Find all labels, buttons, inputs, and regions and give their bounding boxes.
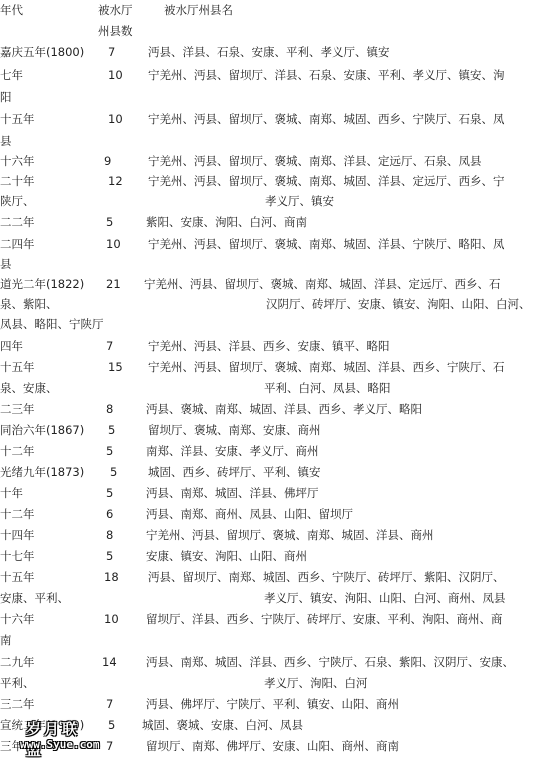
row-era: 二二年 — [0, 212, 35, 232]
document-page: 年代 被水厅 被水厅州县名 州县数 嘉庆五年(1800) 7 沔县、洋县、石泉、… — [0, 0, 560, 758]
row-count: 6 — [106, 504, 113, 524]
row-names: 宁羌州、沔县、洋县、西乡、安康、镇平、略阳 — [148, 336, 390, 356]
row-count: 8 — [106, 399, 113, 419]
header-names: 被水厅州县名 — [164, 0, 233, 20]
header-count: 被水厅 — [98, 0, 133, 20]
row-names: 沔县、南郑、商州、凤县、山阳、留坝厅 — [146, 504, 353, 524]
row-era: 十七年 — [0, 546, 35, 566]
row-count: 5 — [108, 715, 115, 735]
row-names-cont2: 平利、白河、凤县、略阳 — [264, 378, 391, 398]
row-count: 5 — [106, 546, 113, 566]
row-era: 七年 — [0, 65, 23, 85]
row-era: 嘉庆五年(1800) — [0, 42, 84, 62]
row-era: 二三年 — [0, 399, 35, 419]
row-era: 十五年 — [0, 357, 35, 377]
row-count: 10 — [106, 234, 121, 254]
row-names-cont: 泉、紫阳、 — [0, 294, 58, 314]
row-names-cont2: 孝义厅、镇安、洵阳、山阳、白河、商州、凤县 — [264, 588, 506, 608]
row-names: 沔县、南郑、城固、洋县、西乡、宁陕厅、石泉、紫阳、汉阴厅、安康、 — [146, 652, 514, 672]
row-count: 10 — [108, 109, 123, 129]
row-names-cont: 安康、平利、 — [0, 588, 69, 608]
row-era: 十二年 — [0, 504, 35, 524]
row-era: 十五年 — [0, 567, 35, 587]
row-names: 宁羌州、沔县、留坝厅、褒城、南郑、城固、洋县、定远厅、西乡、宁 — [148, 171, 505, 191]
row-names: 城固、褒城、安康、白河、凤县 — [142, 715, 303, 735]
row-names-cont: 泉、安康、 — [0, 378, 58, 398]
row-count: 10 — [104, 609, 119, 629]
row-era: 十六年 — [0, 609, 35, 629]
row-era: 光绪九年(1873) — [0, 462, 84, 482]
row-names-cont3: 凤县、略阳、宁陕厅 — [0, 314, 104, 334]
row-era: 同治六年(1867) — [0, 420, 84, 440]
row-names: 沔县、洋县、石泉、安康、平利、孝义厅、镇安 — [148, 42, 390, 62]
row-era: 道光二年(1822) — [0, 274, 84, 294]
row-names: 沔县、褒城、南郑、城固、洋县、西乡、孝义厅、略阳 — [146, 399, 422, 419]
watermark-url: www.Syue.com — [20, 738, 99, 751]
row-names-cont2: 孝义厅、镇安 — [265, 191, 334, 211]
row-names: 宁羌州、沔县、留坝厅、褒城、南郑、城固、洋县、商州 — [146, 525, 434, 545]
row-names-cont: 南 — [0, 630, 12, 650]
row-names: 紫阳、安康、洵阳、白河、商南 — [146, 212, 307, 232]
row-names-cont: 县 — [0, 254, 12, 274]
row-names: 宁羌州、沔县、留坝厅、褒城、南郑、城固、洋县、西乡、宁陕厅、石 — [148, 357, 505, 377]
row-count: 5 — [106, 483, 113, 503]
row-count: 5 — [106, 212, 113, 232]
row-era: 四年 — [0, 336, 23, 356]
row-names-cont: 阳 — [0, 87, 12, 107]
row-era: 三二年 — [0, 694, 35, 714]
row-names-cont: 陕厅、 — [0, 191, 35, 211]
row-count: 10 — [108, 65, 123, 85]
row-names: 留坝厅、南郑、佛坪厅、安康、山阳、商州、商南 — [146, 736, 399, 756]
header-era: 年代 — [0, 0, 23, 20]
row-era: 十四年 — [0, 525, 35, 545]
row-era: 十年 — [0, 483, 23, 503]
row-names-cont2: 汉阴厅、砖坪厅、安康、镇安、洵阳、山阳、白河、 — [266, 294, 531, 314]
header-count-line2: 州县数 — [98, 21, 133, 41]
row-era: 二九年 — [0, 652, 35, 672]
row-names: 留坝厅、洋县、西乡、宁陕厅、砖坪厅、安康、平利、洵阳、商州、商 — [146, 609, 503, 629]
row-count: 5 — [106, 441, 113, 461]
row-names: 沔县、佛坪厅、宁陕厅、平利、镇安、山阳、商州 — [146, 694, 399, 714]
row-era: 三年 — [0, 736, 23, 756]
row-names: 沔县、留坝厅、南郑、城固、西乡、宁陕厅、砖坪厅、紫阳、汉阴厅、 — [148, 567, 505, 587]
row-count: 12 — [108, 171, 123, 191]
row-count: 7 — [106, 694, 113, 714]
row-count: 7 — [106, 336, 113, 356]
row-era: 十六年 — [0, 151, 35, 171]
row-names: 宁羌州、沔县、留坝厅、褒城、南郑、城固、西乡、宁陕厅、石泉、凤 — [148, 109, 505, 129]
row-names: 安康、镇安、洵阳、山阳、商州 — [146, 546, 307, 566]
row-names: 宁羌州、沔县、留坝厅、褒城、南郑、城固、洋县、定远厅、西乡、石 — [144, 274, 501, 294]
row-count: 15 — [108, 357, 123, 377]
row-names: 留坝厅、褒城、南郑、安康、商州 — [148, 420, 321, 440]
row-count: 7 — [108, 42, 115, 62]
row-names-cont: 县 — [0, 131, 12, 151]
row-names: 宁羌州、沔县、留坝厅、褒城、南郑、城固、洋县、宁陕厅、略阳、凤 — [148, 234, 505, 254]
row-era: 十二年 — [0, 441, 35, 461]
row-count: 7 — [106, 736, 113, 756]
row-count: 5 — [110, 462, 117, 482]
row-names-cont: 平利、 — [0, 673, 35, 693]
row-count: 8 — [106, 525, 113, 545]
row-names: 沔县、南郑、城固、洋县、佛坪厅 — [146, 483, 319, 503]
row-count: 14 — [102, 652, 117, 672]
row-names: 城固、西乡、砖坪厅、平利、镇安 — [148, 462, 321, 482]
row-names: 南郑、洋县、安康、孝义厅、商州 — [146, 441, 319, 461]
row-count: 18 — [104, 567, 119, 587]
row-names: 宁羌州、沔县、留坝厅、褒城、南郑、洋县、定远厅、石泉、凤县 — [148, 151, 482, 171]
row-count: 21 — [106, 274, 121, 294]
row-era: 宣统二年(1910) — [0, 715, 84, 735]
row-names-cont2: 孝义厅、洵阳、白河 — [264, 673, 368, 693]
row-names: 宁羌州、沔县、留坝厅、洋县、石泉、安康、平利、孝义厅、镇安、洵 — [148, 65, 505, 85]
row-era: 十五年 — [0, 109, 35, 129]
row-count: 5 — [108, 420, 115, 440]
row-era: 二四年 — [0, 234, 35, 254]
row-count: 9 — [104, 151, 111, 171]
row-era: 二十年 — [0, 171, 35, 191]
